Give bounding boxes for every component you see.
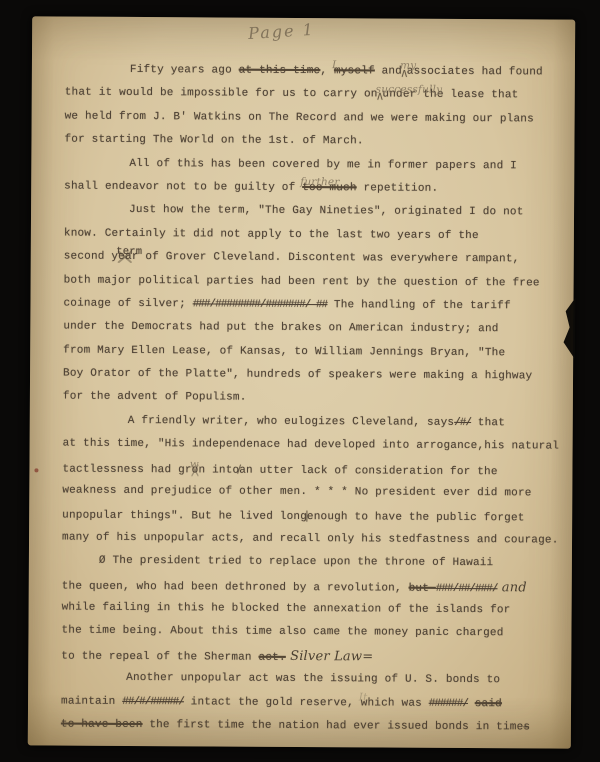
- typed-text: Boy Orator of the Platte", hundreds of s…: [63, 368, 532, 383]
- manuscript-page: Page 1 Fifty years ago at this time, mys…: [28, 16, 575, 748]
- manuscript-line: know. Certainly it did not apply to the …: [64, 222, 570, 248]
- handwritten-page-number: Page 1: [248, 20, 316, 43]
- overstruck-text: ######/: [429, 697, 468, 709]
- struck-out-text: at this time: [239, 65, 321, 77]
- manuscript-line: Ø The president tried to replace upon th…: [62, 550, 568, 576]
- overstruck-text: ###/########/#######/ ##: [193, 298, 328, 311]
- typed-text: Another unpopular act was the issuing of…: [126, 672, 500, 686]
- manuscript-line: for starting The World on the 1st. of Ma…: [64, 129, 570, 155]
- struck-out-text: act.: [259, 652, 286, 664]
- manuscript-line: weakness and prejudice of other men. * *…: [62, 480, 568, 506]
- typed-text: coinage of silver;: [63, 297, 192, 310]
- manuscript-line: at this time, "His independenace had dev…: [63, 433, 569, 459]
- manuscript-line: Another unpopular act was the issuing of…: [61, 667, 567, 693]
- typed-text: that it would be impossible for us to ca…: [65, 87, 378, 101]
- manuscript-line: for the advent of Populism.: [63, 386, 569, 412]
- ink-speck: [34, 468, 38, 472]
- edit-annotation: whichIt: [361, 692, 395, 716]
- typed-text: the time being. About this time also cam…: [61, 625, 503, 640]
- typed-text: both major political parties had been re…: [64, 274, 540, 289]
- manuscript-body: Fifty years ago at this time, myselfI an…: [61, 59, 571, 749]
- struck-out-text: but: [409, 582, 436, 594]
- typed-text: weakness and prejudice of other men. * *…: [62, 485, 531, 500]
- typed-text: A friendly writer, who eulogizes Clevela…: [128, 415, 455, 429]
- typed-text: myself: [334, 65, 375, 77]
- typed-text: The handling of the tariff: [327, 299, 511, 312]
- handwritten-insertion: successfully: [376, 84, 443, 94]
- typed-text: many of his unpopular acts, and recall o…: [62, 531, 559, 546]
- typed-text: All of this has been covered by me in fo…: [129, 158, 517, 172]
- typed-text: Ø The president tried to replace upon th…: [99, 555, 494, 569]
- typed-text: shall endeavor not to be guilty of: [64, 180, 302, 193]
- manuscript-line: shall endeavor not to be guilty of too m…: [64, 176, 570, 202]
- typed-text: n into: [198, 464, 239, 476]
- manuscript-line: A friendly writer, who eulogizes Clevela…: [63, 409, 569, 435]
- typed-text: r of Grover Cleveland. Discontent was ev…: [132, 251, 520, 265]
- overstruck-text: s: [523, 721, 529, 733]
- typed-text: the first time the nation had ever issue…: [142, 719, 523, 733]
- typed-text: an utter lack of consideration for the: [239, 464, 498, 478]
- manuscript-line: we held from J. B' Watkins on The Record…: [65, 105, 571, 131]
- typed-text: at this time, "His independenace had dev…: [63, 438, 560, 453]
- typed-text: Just how the term, "The Gay Nineties", o…: [129, 204, 524, 218]
- overstruck-text: /#/: [454, 417, 471, 429]
- typed-text: from Mary Ellen Lease, of Kansas, to Wil…: [63, 344, 505, 359]
- manuscript-line: tactlessness had grown into/an utter lac…: [62, 456, 568, 482]
- manuscript-line: while failing in this he blocked the ann…: [62, 597, 568, 623]
- typed-text: was: [395, 697, 429, 709]
- edit-annotation: ^my: [402, 61, 407, 84]
- manuscript-line: coinage of silver; ###/########/#######/…: [63, 292, 569, 318]
- manuscript-line: the time being. About this time also cam…: [61, 620, 567, 646]
- struck-out-text: to have been: [61, 718, 143, 730]
- manuscript-line: that it would be impossible for us to ca…: [65, 82, 571, 108]
- typed-text: unpopular things". But he lived long: [62, 510, 307, 523]
- manuscript-line: Fifty years ago at this time, myselfI an…: [65, 59, 571, 85]
- edit-annotation: ^successfully: [378, 84, 383, 107]
- manuscript-line: All of this has been covered by me in fo…: [64, 152, 570, 178]
- typed-text: enough to have the public forget: [307, 511, 525, 524]
- manuscript-line: maintain ##/#/#####/ intact the gold res…: [61, 690, 567, 716]
- manuscript-line: Boy Orator of the Platte", hundreds of s…: [63, 363, 569, 389]
- overstruck-text: ###/##/###/: [436, 582, 498, 594]
- manuscript-line: to have been the first time the nation h…: [61, 713, 567, 739]
- edit-annotation: myselfI: [334, 60, 375, 84]
- typed-text: that: [471, 417, 505, 429]
- typed-text: under the Democrats had put the brakes o…: [63, 321, 498, 336]
- typed-text: tactlessness had gr: [62, 463, 191, 476]
- manuscript-line: to the repeal of the Sherman act. Silver…: [61, 643, 567, 669]
- typed-text: repetition.: [357, 182, 439, 194]
- manuscript-line: many of his unpopular acts, and recall o…: [62, 526, 568, 552]
- handwritten-insertion: w: [190, 459, 199, 469]
- handwritten-insertion: further: [300, 177, 339, 187]
- edit-annotation: eaterm: [118, 246, 132, 269]
- manuscript-line: second yeatermr of Grover Cleveland. Dis…: [64, 246, 570, 272]
- handwritten-insertion: I: [332, 61, 336, 71]
- typed-text: Fifty years ago: [130, 64, 239, 77]
- manuscript-line: under the Democrats had put the brakes o…: [63, 316, 569, 342]
- typed-text: and: [375, 65, 402, 77]
- handwritten-insertion: my: [400, 61, 416, 71]
- typed-text: we held from J. B' Watkins on The Record…: [65, 110, 534, 125]
- edit-annotation: ow: [192, 459, 199, 482]
- handwritten-text: and: [497, 580, 526, 595]
- typed-text: associates had found: [407, 66, 543, 79]
- typed-insertion: term: [116, 246, 142, 256]
- manuscript-line: from Mary Ellen Lease, of Kansas, to Wil…: [63, 339, 569, 365]
- typed-text: second y: [64, 251, 118, 263]
- typed-text: for starting The World on the 1st. of Ma…: [64, 134, 363, 148]
- typed-text: for the advent of Populism.: [63, 391, 247, 404]
- typed-text: the queen, who had been dethroned by a r…: [62, 580, 409, 594]
- typed-text: know. Certainly it did not apply to the …: [64, 227, 479, 242]
- typed-text: intact the gold reserve,: [184, 696, 361, 709]
- overstruck-text: ##/#/#####/: [122, 695, 184, 707]
- handwritten-text: Silver Law=: [286, 649, 374, 665]
- photo-background: { "page": { "handwritten_page_label": "P…: [0, 0, 600, 762]
- manuscript-line: unpopular things". But he lived long|eno…: [62, 503, 568, 529]
- manuscript-line: Just how the term, "The Gay Nineties", o…: [64, 199, 570, 225]
- typed-text: while failing in this he blocked the ann…: [62, 602, 511, 617]
- struck-out-text: said: [475, 698, 502, 710]
- handwritten-insertion: It: [359, 692, 368, 702]
- manuscript-line: both major political parties had been re…: [64, 269, 570, 295]
- manuscript-line: the queen, who had been dethroned by a r…: [62, 573, 568, 599]
- edit-annotation: too muchfurther: [302, 177, 357, 201]
- typed-text: to the repeal of the Sherman: [61, 650, 258, 663]
- typed-text: maintain: [61, 695, 122, 707]
